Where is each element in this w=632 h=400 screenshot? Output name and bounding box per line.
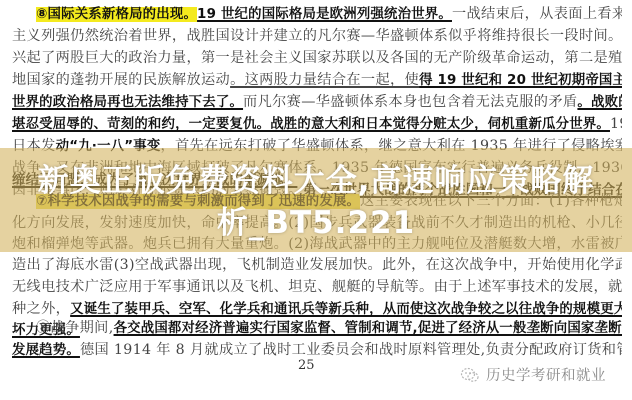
text-line: ⑧国际关系新格局的出现。19 世纪的国际格局是欧洲列强统治世界。一战结束后，从表… — [36, 4, 622, 24]
text-segment: 。这两股力量结合在一起，使 — [230, 72, 419, 88]
text-segment: 动“九·一八”事变 — [56, 139, 161, 154]
text-segment: 各交战国都对经济普遍实行国家监督、管制和调节,促进了经济从一般垄断向国家垄断转变… — [114, 321, 622, 336]
text-segment: 地国家的蓬勃开展的民族解放运动 — [12, 72, 230, 88]
text-segment: 又诞生了装甲兵、空军、化学兵和通讯兵等新兵种，从而使这次战争较之以往战争的规模更… — [70, 302, 622, 317]
text-line: 兴起了两股巨大的政治力量，第一是社会主义国家苏联以及各国的无产阶级革命运动，第二… — [12, 48, 622, 68]
watermark-text: 历史学考研和就业 — [486, 364, 606, 385]
text-segment: 主义列强仍然统治着世界，战胜国设计并建立的凡尔赛—华盛顿体系似乎将维持很长一段时… — [12, 28, 622, 44]
text-segment: ，首先在远东打破了华盛顿体系，继之意大利在 1935 年进行了侵略埃塞俄比亚的 — [160, 138, 622, 154]
text-segment: 发展趋势。 — [12, 343, 80, 358]
text-segment: 世界的政治格局再也无法维持下去了。 — [12, 95, 243, 110]
text-line: 堪忍受屈辱的、苛刻的和约，一定要复仇。战胜的意大利和日本觉得分赃太少，伺机重新瓜… — [12, 114, 622, 134]
wechat-icon — [460, 366, 480, 384]
text-segment: 造出了海底水雷(3)空战武器出现，飞机制造业发展加快。此外，在这次战争中，开始使… — [12, 257, 622, 273]
text-segment: 种之外， — [12, 301, 70, 317]
text-segment: 德国 1914 年 8 月就成立了战时工业委员会和战时原料管理处,负责分配政府订… — [80, 342, 622, 358]
text-segment: 无线电技术广泛应用于军事通讯以及飞机、坦克、舰艇的导航等。由于上述军事技术的发展… — [12, 279, 622, 295]
text-line: ⑧战争期间,各交战国都对经济普遍实行国家监督、管制和调节,促进了经济从一般垄断向… — [36, 318, 622, 338]
text-line: 造出了海底水雷(3)空战武器出现，飞机制造业发展加快。此外，在这次战争中，开始使… — [12, 255, 622, 275]
overlay-title-line-1: 新奥正版免费资料大全,高速响应策略解 — [0, 160, 632, 202]
text-segment: 19 世纪的国际格局是欧洲列强统治世界。 — [197, 7, 452, 22]
text-segment: 而凡尔赛—华盛顿体系本身也包含着无法克服的矛盾 — [243, 94, 577, 110]
text-line: 主义列强仍然统治着世界，战胜国设计并建立的凡尔赛—华盛顿体系似乎将维持很长一段时… — [12, 26, 622, 46]
overlay-title: 新奥正版免费资料大全,高速响应策略解 析_BT5.221 — [0, 160, 632, 244]
text-line: 日本发动“九·一八”事变，首先在远东打破了华盛顿体系，继之意大利在 1935 年… — [12, 136, 622, 156]
text-segment: 。战败的德国不 — [577, 95, 622, 110]
text-segment: 一战结束后，从表面上看来，帝国 — [452, 6, 622, 22]
page-number: 25 — [298, 358, 315, 373]
text-line: 发展趋势。德国 1914 年 8 月就成立了战时工业委员会和战时原料管理处,负责… — [12, 340, 622, 360]
text-segment: 堪忍受屈辱的、苛刻的和约，一定要复仇。战胜的意大利和日本觉得分赃太少，伺机重新瓜… — [12, 117, 610, 132]
text-line: 世界的政治格局再也无法维持下去了。而凡尔赛—华盛顿体系本身也包含着无法克服的矛盾… — [12, 92, 622, 112]
text-line: 无线电技术广泛应用于军事通讯以及飞机、坦克、舰艇的导航等。由于上述军事技术的发展… — [12, 277, 622, 297]
text-segment: ⑧战争期间, — [36, 320, 114, 336]
watermark: 历史学考研和就业 — [460, 364, 606, 385]
document-page: ⑧国际关系新格局的出现。19 世纪的国际格局是欧洲列强统治世界。一战结束后，从表… — [0, 0, 632, 400]
text-segment: ⑧国际关系新格局的出现。 — [36, 7, 197, 22]
text-segment: 得 19 世纪和 20 世纪初期帝国主义列强统治 — [419, 73, 622, 88]
text-line: 地国家的蓬勃开展的民族解放运动。这两股力量结合在一起，使得 19 世纪和 20 … — [12, 70, 622, 90]
text-segment: 1931 年 — [610, 116, 622, 132]
overlay-title-line-2: 析_BT5.221 — [0, 202, 632, 244]
text-line: 种之外，又诞生了装甲兵、空军、化学兵和通讯兵等新兵种，从而使这次战争较之以往战争… — [12, 299, 622, 319]
text-segment: 日本发 — [12, 138, 56, 154]
text-segment: 兴起了两股巨大的政治力量，第一是社会主义国家苏联以及各国的无产阶级革命运动，第二… — [12, 50, 622, 66]
